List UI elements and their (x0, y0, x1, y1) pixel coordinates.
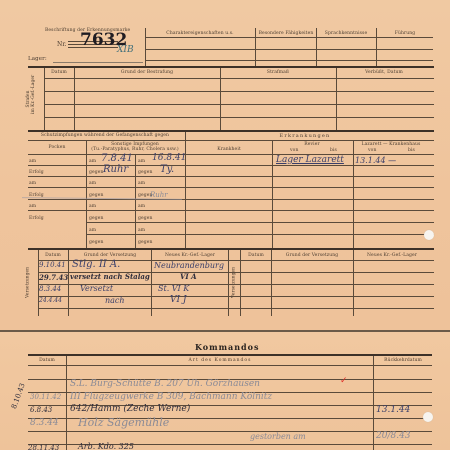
vers-col-grund-left: Grund der Versetzung (84, 253, 136, 258)
vers-col-lager-right: Neues Kr.-Gef.-Lager (367, 253, 417, 258)
impf-date-2: 16.8.41 (152, 153, 186, 163)
rule (145, 37, 433, 38)
rule (28, 354, 432, 356)
col-strafmass: Strafmaß (267, 70, 289, 75)
sonst-gegen-1: gegen (89, 170, 104, 175)
vers-datum-2: 29.7.43 (39, 273, 68, 282)
col-krankheit: Krankheit (217, 147, 241, 152)
rule (28, 165, 434, 166)
prisoner-record-card-front: Beschriftung der Erkennungsmarke Nr. 763… (0, 0, 450, 330)
rule (44, 91, 434, 92)
rule (145, 60, 433, 61)
col-pocken: Pocken (49, 145, 66, 150)
rule (38, 296, 434, 297)
kdo-art-3: 642/Hamm (Zeche Werne) (70, 404, 190, 414)
col-sonstige-2: (Tu.-Paratyphus, Ruhr, Cholera usw.) (91, 147, 179, 152)
rule (44, 78, 434, 79)
rule (28, 365, 432, 366)
vers-datum-1: 9.10.41 (39, 261, 66, 269)
col-lazarett: Lazarett — Krankenhaus (362, 142, 421, 147)
impf-stray-note: Ruhr (150, 191, 168, 199)
rule (28, 154, 434, 155)
rule (86, 140, 87, 248)
camp-stamp: XIB (117, 45, 134, 55)
revier-von: von (290, 148, 298, 153)
kdo-col-rueckkehr: Rückkehrdatum (384, 358, 422, 363)
kdo-datum-6: 28.11.43 (28, 444, 59, 450)
vers-lager-2: VI A (180, 272, 197, 281)
kdo-rueckkehr-3: 13.1.44 (376, 405, 410, 415)
lazarett-entry: 13.1.44 — (355, 156, 396, 165)
sonst-am-1: am (89, 159, 96, 164)
sonst-am-6: am (138, 204, 145, 209)
sonst-am-3: am (89, 181, 96, 186)
col-faehigkeiten: Besondere Fähigkeiten (259, 31, 314, 36)
rule (28, 210, 434, 211)
vers-grund-1: Stlg. II A. (72, 259, 120, 270)
rule (38, 308, 434, 309)
punch-hole-2 (423, 412, 433, 422)
margin-note: 8.10.43 (10, 382, 27, 410)
kdo-datum-3: 6.8.43 (30, 406, 52, 414)
kdo-col-datum: Datum (39, 358, 55, 363)
revier-entry: Lager Lazarett (276, 155, 344, 165)
vers-col-grund-right: Grund der Versetzung (286, 253, 338, 258)
rule (66, 356, 67, 450)
vers-grund-2: versetzt nach Stalag (70, 272, 150, 281)
revier-bis: bis (330, 148, 337, 153)
lager-field (53, 62, 143, 63)
punch-hole (424, 230, 434, 240)
rule (185, 132, 186, 248)
vers-grund-3: Versetzt (80, 284, 113, 293)
vers-col-lager-left: Neues Kr.-Gef.-Lager (165, 253, 215, 258)
lazarett-von: von (368, 148, 376, 153)
col-datum: Datum (51, 70, 67, 75)
rule (28, 176, 434, 177)
kdo-datum-2: 30.11.42 (30, 393, 61, 401)
versetzungen-side-label-left: Versetzungen (26, 265, 31, 301)
section-divider (28, 248, 434, 250)
kdo-art-1: S.L. Burg-Schütte B. 207 Uh. Görzhausen (70, 379, 260, 389)
pocken-am-2: am (29, 181, 36, 186)
impf-date-1: 7.8.41 (101, 153, 133, 164)
kdo-art-2: III Flugzeugwerke B 309, Bachmann Kölnit… (70, 392, 272, 402)
vers-lager-1: Neubrandenburg (154, 261, 224, 270)
kdo-datum-4: 8.3.44 (30, 418, 59, 428)
rule (373, 356, 374, 450)
sonst-am-4: am (138, 181, 145, 186)
lager-label: Lager: (28, 56, 47, 62)
number-prefix: Nr. (57, 41, 67, 48)
rule (86, 234, 434, 235)
impf-against-2: Ty. (160, 164, 174, 175)
col-revier: Revier (304, 142, 319, 147)
col-sprachen: Sprachkenntnisse (325, 31, 367, 36)
vers-lager-3: St. VI K (158, 284, 189, 293)
kommandos-title: Kommandos (195, 342, 259, 352)
kdo-col-art: Art des Kommandos (189, 358, 252, 363)
rule (44, 117, 434, 118)
vers-datum-4: 24.4.44 (39, 297, 62, 304)
strafen-side-label-2: im Kr.-Gef.-Lager (31, 75, 36, 114)
pocken-am-3: am (29, 204, 36, 209)
rule (86, 222, 434, 223)
rule (28, 199, 434, 200)
rule (28, 431, 432, 432)
col-fuehrung: Führung (395, 31, 415, 36)
sonst-gegen-5: gegen (89, 216, 104, 221)
col-verbuesst: Verbüßt, Datum (365, 70, 403, 75)
sonst-gegen-8: gegen (138, 240, 153, 245)
kdo-art-5: gestorben am (250, 432, 306, 441)
vers-col-datum-right: Datum (248, 253, 264, 258)
strafen-side-label: Strafen im Kr.-Gef.-Lager (26, 84, 36, 114)
kdo-rueckkehr-5: 20/8.43 (376, 431, 411, 441)
vers-datum-3: 8.3.44 (39, 285, 61, 293)
rule (272, 140, 273, 248)
sonst-am-2: am (138, 159, 145, 164)
sonst-am-8: am (138, 228, 145, 233)
section-divider (28, 66, 434, 68)
pocken-erfolg-3: Erfolg (29, 216, 44, 221)
vers-grund-4: nach (105, 296, 125, 305)
impfungen-header: Schutzimpfungen während der Gefangenscha… (41, 133, 169, 138)
kdo-art-6: Arb. Kdo. 325 (78, 442, 134, 450)
vers-col-datum-left: Datum (45, 253, 61, 258)
rule (28, 187, 434, 188)
vers-lager-4: VI J (170, 295, 187, 305)
red-check-mark: ✓ (340, 376, 348, 386)
rule (28, 140, 434, 141)
sonst-gegen-7: gegen (89, 240, 104, 245)
kdo-art-4: Holz Sägemühle (78, 416, 169, 429)
rule (44, 104, 434, 105)
lazarett-bis: bis (408, 148, 415, 153)
pocken-am-1: am (29, 159, 36, 164)
sonst-am-5: am (89, 204, 96, 209)
rule (145, 49, 433, 50)
section-divider (28, 130, 434, 132)
col-charakter: Charaktereigenschaften u.s. (166, 31, 233, 36)
erkrankungen-header: Erkrankungen (280, 133, 331, 139)
col-grund: Grund der Bestrafung (121, 70, 173, 75)
prisoner-record-card-back: Kommandos Datum Art des Kommandos Rückke… (0, 330, 450, 450)
sonst-am-7: am (89, 228, 96, 233)
rule (353, 140, 354, 248)
pocken-erfolg-1: Erfolg (29, 170, 44, 175)
impf-against-1: Ruhr (103, 164, 128, 175)
sonst-gegen-6: gegen (138, 216, 153, 221)
sonst-gegen-2: gegen (138, 170, 153, 175)
